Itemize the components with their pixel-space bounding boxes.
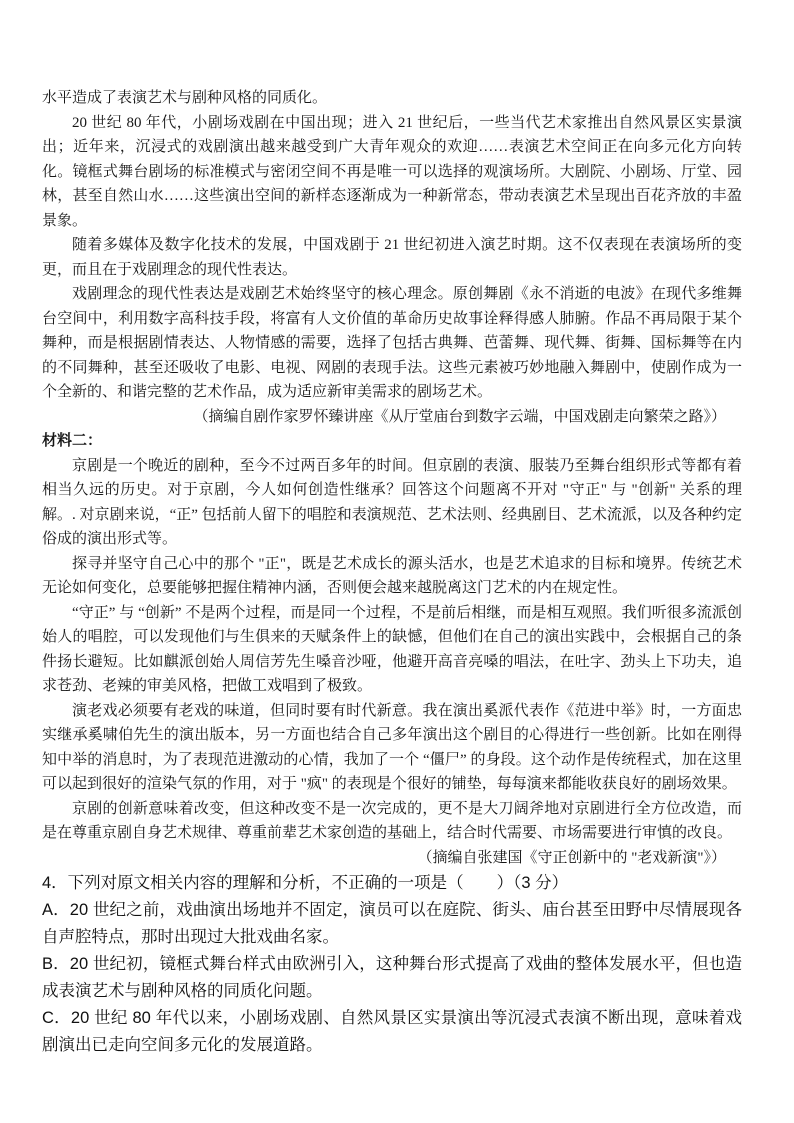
material-one-source-attribution: （摘编自剧作家罗怀臻讲座《从厅堂庙台到数字云端，中国戏剧走向繁荣之路》） [42,405,742,430]
material-two-paragraph-2: 探寻并坚守自己心中的那个 "正"，既是艺术成长的源头活水，也是艺术追求的目标和境… [42,552,742,601]
question-4-option-b: B．20 世纪初，镜框式舞台样式由欧洲引入，这种舞台形式提高了戏曲的整体发展水平… [42,951,742,1005]
question-4-block: 4．下列对原文相关内容的理解和分析，不正确的一项是（ ）（3 分） A．20 世… [42,870,742,1059]
question-4-option-a: A．20 世纪之前，戏曲演出场地并不固定，演员可以在庭院、街头、庙台甚至田野中尽… [42,897,742,951]
document-page: 水平造成了表演艺术与剧种风格的同质化。 20 世纪 80 年代，小剧场戏剧在中国… [0,0,794,1123]
question-4-stem: 4．下列对原文相关内容的理解和分析，不正确的一项是（ ）（3 分） [42,870,742,897]
material-two-section: 材料二： 京剧是一个晚近的剧种，至今不过两百多年的时间。但京剧的表演、服装乃至舞… [42,429,742,870]
material-two-heading: 材料二： [42,429,742,454]
material-one-paragraph-2: 随着多媒体及数字化技术的发展，中国戏剧于 21 世纪初进入演艺时期。这不仅表现在… [42,233,742,282]
material-two-paragraph-1: 京剧是一个晚近的剧种，至今不过两百多年的时间。但京剧的表演、服装乃至舞台组织形式… [42,454,742,552]
material-two-paragraph-5: 京剧的创新意味着改变，但这种改变不是一次完成的，更不是大刀阔斧地对京剧进行全方位… [42,797,742,846]
material-one-paragraph-3: 戏剧理念的现代性表达是戏剧艺术始终坚守的核心理念。原创舞剧《永不消逝的电波》在现… [42,282,742,405]
material-two-source-attribution: （摘编自张建国《守正创新中的 "老戏新演"》） [42,846,742,871]
material-two-paragraph-4: 演老戏必须要有老戏的味道，但同时要有时代新意。我在演出奚派代表作《范进中举》时，… [42,699,742,797]
material-one-paragraph-1: 20 世纪 80 年代，小剧场戏剧在中国出现；进入 21 世纪后，一些当代艺术家… [42,111,742,234]
material-one-opening-line: 水平造成了表演艺术与剧种风格的同质化。 [42,86,742,111]
material-one-section: 水平造成了表演艺术与剧种风格的同质化。 20 世纪 80 年代，小剧场戏剧在中国… [42,86,742,429]
material-two-paragraph-3: “守正” 与 “创新” 不是两个过程，而是同一个过程，不是前后相继，而是相互观照… [42,601,742,699]
question-4-option-c: C．20 世纪 80 年代以来，小剧场戏剧、自然风景区实景演出等沉浸式表演不断出… [42,1005,742,1059]
